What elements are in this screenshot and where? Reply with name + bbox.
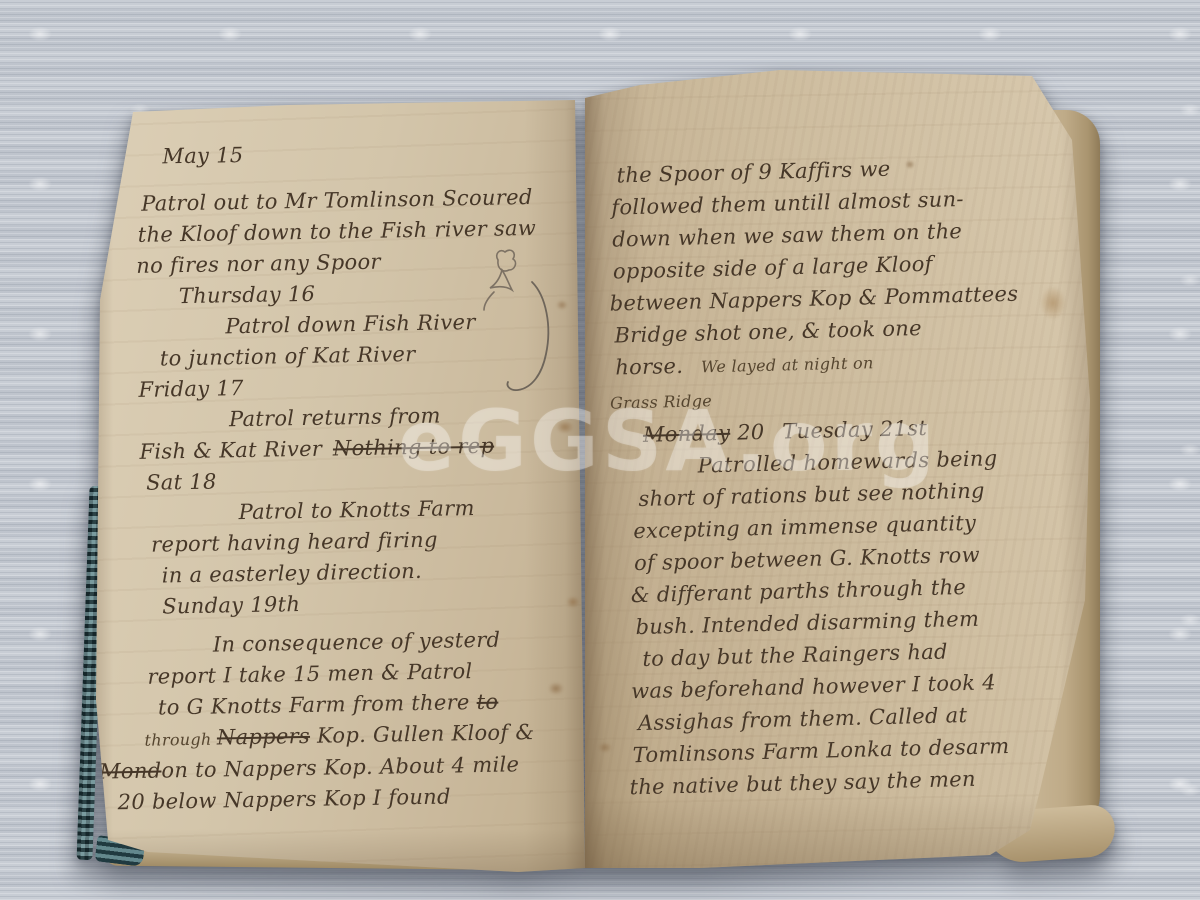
open-diary-book: May 15Patrol out to Mr Tomlinson Scoured… [0, 0, 1200, 900]
right-page-handwriting: the Spoor of 9 Kaffirs wefollowed them u… [610, 149, 1076, 804]
diary-line: May 15 [162, 134, 574, 172]
right-page: the Spoor of 9 Kaffirs wefollowed them u… [585, 68, 1095, 868]
diary-line: Sunday 19th [162, 584, 582, 622]
left-page: May 15Patrol out to Mr Tomlinson Scoured… [88, 96, 590, 876]
flower-sketch-icon [460, 246, 576, 412]
diary-photo: May 15Patrol out to Mr Tomlinson Scoured… [0, 0, 1200, 900]
left-page-handwriting: May 15Patrol out to Mr Tomlinson Scoured… [134, 134, 586, 818]
